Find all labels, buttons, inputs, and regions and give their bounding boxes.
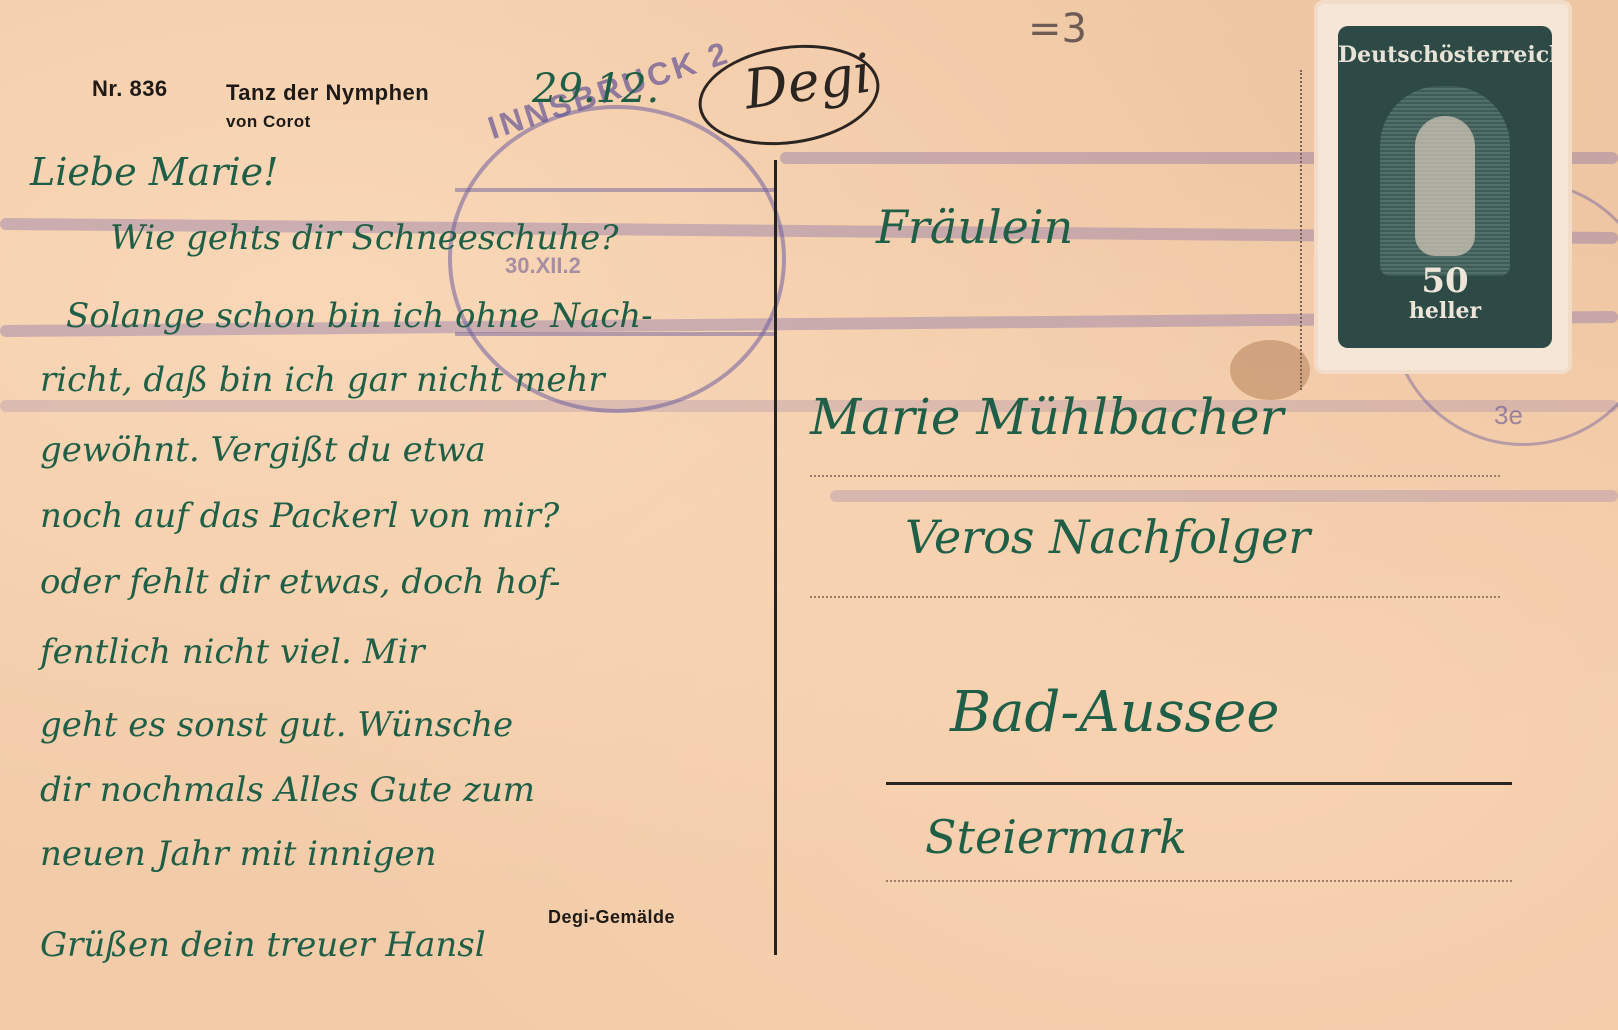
artwork-artist: von Corot bbox=[226, 112, 311, 132]
message-line: noch auf das Packerl von mir? bbox=[40, 496, 559, 536]
message-line: oder fehlt dir etwas, doch hof- bbox=[40, 562, 561, 602]
handwritten-date: 29.12. bbox=[532, 66, 659, 112]
stamp-value: 50 bbox=[1338, 264, 1552, 298]
postcard-back: Nr. 836 Tanz der Nymphen von Corot Degi-… bbox=[0, 0, 1618, 1030]
stamp-country: Deutschösterreich bbox=[1338, 42, 1552, 68]
address-name: Marie Mühlbacher bbox=[810, 388, 1284, 446]
message-line: geht es sonst gut. Wünsche bbox=[40, 705, 513, 745]
stamp-unit: heller bbox=[1338, 298, 1552, 324]
message-greeting: Liebe Marie! bbox=[30, 150, 278, 194]
message-line: Wie gehts dir Schneeschuhe? bbox=[110, 218, 618, 258]
message-line: Solange schon bin ich ohne Nach- bbox=[66, 296, 653, 336]
postmark-band bbox=[455, 188, 775, 192]
cancellation-wave bbox=[0, 400, 1618, 412]
stamp-design: Deutschösterreich 50 heller bbox=[1338, 26, 1552, 348]
message-line: richt, daß bin ich gar nicht mehr bbox=[40, 360, 605, 400]
address-region: Steiermark bbox=[925, 810, 1187, 864]
catalog-number: Nr. 836 bbox=[92, 76, 168, 102]
cancellation-wave bbox=[830, 490, 1618, 502]
message-line: dir nochmals Alles Gute zum bbox=[40, 770, 535, 810]
address-rule bbox=[810, 475, 1500, 477]
publisher-imprint: Degi-Gemälde bbox=[548, 907, 675, 928]
address-honorific: Fräulein bbox=[876, 200, 1073, 254]
address-city: Bad-Aussee bbox=[950, 680, 1280, 745]
address-rule bbox=[810, 596, 1500, 598]
address-rule bbox=[886, 880, 1512, 882]
message-line: neuen Jahr mit innigen bbox=[40, 834, 437, 874]
stamp-figure-icon bbox=[1380, 86, 1510, 276]
artwork-title: Tanz der Nymphen bbox=[226, 80, 429, 106]
message-line: gewöhnt. Vergißt du etwa bbox=[40, 430, 486, 470]
message-line: fentlich nicht viel. Mir bbox=[40, 632, 425, 672]
center-divider bbox=[774, 160, 777, 955]
address-rule-city bbox=[886, 782, 1512, 785]
message-signoff: Grüßen dein treuer Hansl bbox=[40, 925, 486, 965]
stamp-placement-guide bbox=[1300, 70, 1304, 390]
postmark-fragment: 3e bbox=[1494, 400, 1523, 431]
pencil-note: =3 bbox=[1028, 6, 1087, 52]
address-line1: Veros Nachfolger bbox=[905, 510, 1310, 564]
